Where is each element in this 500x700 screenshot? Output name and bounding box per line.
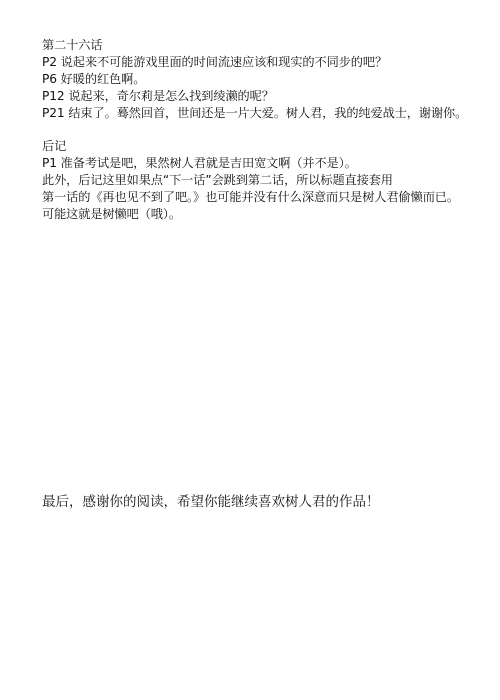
afterword-line: 可能这就是树懒吧（哦）。 [42, 206, 492, 223]
section-spacer [42, 122, 492, 138]
afterword-title: 后记 [42, 138, 492, 155]
chapter-note: P12 说起来，奇尔莉是怎么找到绫濑的呢？ [42, 88, 492, 105]
afterword-line: P1 准备考试是吧，果然树人君就是吉田宽文啊（并不是）。 [42, 155, 492, 172]
afterword-line: 此外，后记这里如果点“下一话”会跳到第二话，所以标题直接套用 [42, 172, 492, 189]
chapter-title: 第二十六话 [42, 37, 492, 54]
closing-message: 最后，感谢你的阅读，希望你能继续喜欢树人君的作品！ [42, 493, 380, 511]
chapter-note: P21 结束了。蓦然回首，世间还是一片大爱。树人君，我的纯爱战士，谢谢你。 [42, 105, 492, 122]
chapter-note: P2 说起来不可能游戏里面的时间流速应该和现实的不同步的吧？ [42, 54, 492, 71]
afterword-line: 第一话的《再也见不到了吧。》也可能并没有什么深意而只是树人君偷懒而已。 [42, 189, 492, 206]
document-body: 第二十六话 P2 说起来不可能游戏里面的时间流速应该和现实的不同步的吧？ P6 … [42, 37, 492, 223]
chapter-note: P6 好暖的红色啊。 [42, 71, 492, 88]
